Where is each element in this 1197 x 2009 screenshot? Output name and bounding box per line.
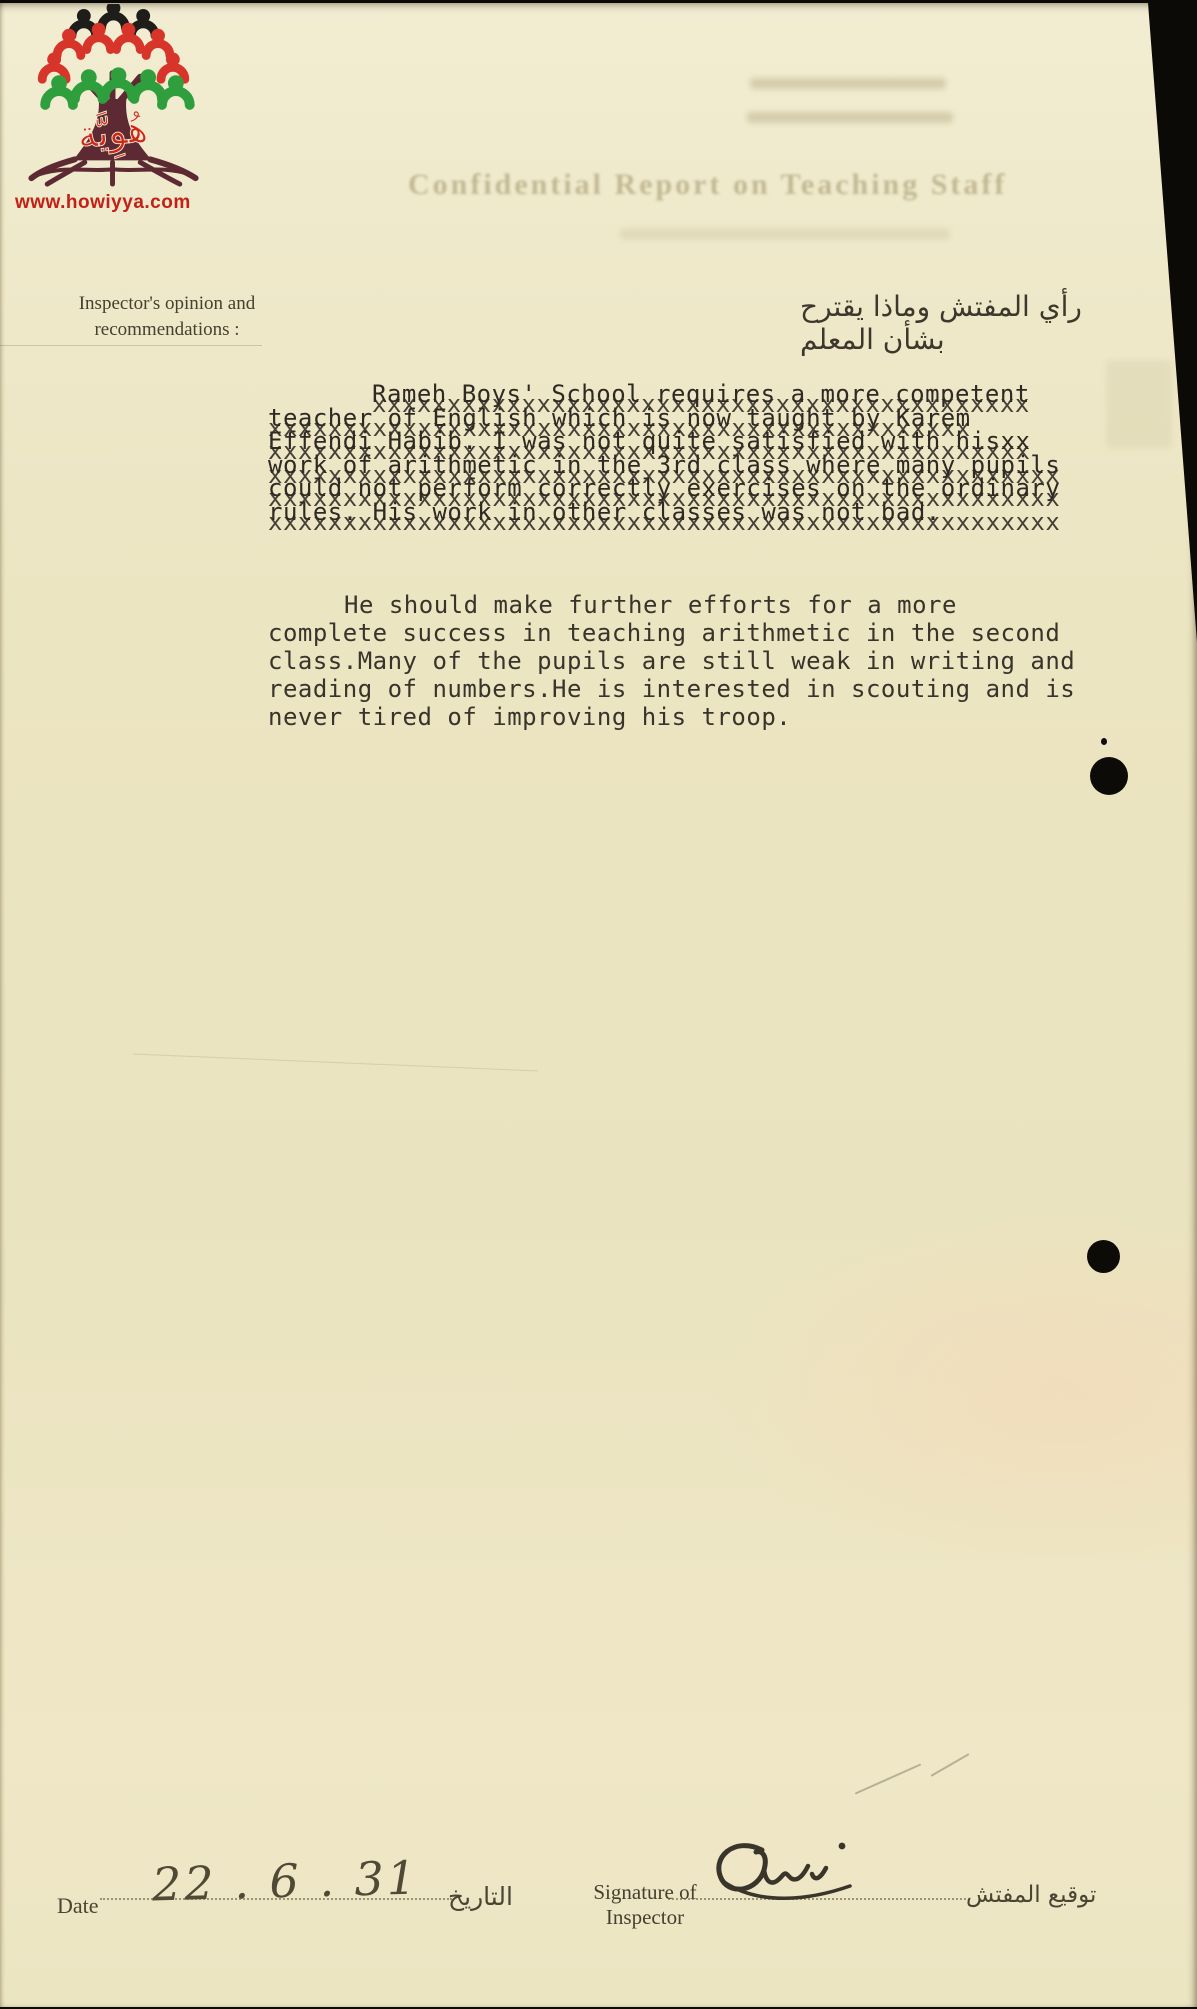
- ghost-smudge: [1106, 360, 1172, 448]
- typewriter-text: reading of numbers.He is interested in s…: [268, 675, 1075, 703]
- site-url: www.howiyya.com: [15, 192, 191, 214]
- arabic-heading: رأي المفتش وماذا يقترح بشأن المعلم: [800, 290, 1145, 356]
- opinion-label-line1: Inspector's opinion and: [58, 291, 276, 317]
- paper-crease: [0, 345, 262, 346]
- signature-label-line1: Signature of: [585, 1880, 705, 1905]
- inspector-signature: [700, 1834, 940, 1926]
- strikethrough-x-row: xxxxxxxxxxxxxxxxxxxxxxxxxxxxxxxxxxxxxxxx…: [268, 508, 1060, 536]
- inspector-opinion-label: Inspector's opinion and recommendations …: [58, 291, 276, 343]
- typewriter-text: never tired of improving his troop.: [268, 703, 791, 731]
- ghost-bleedthrough-title: Confidential Report on Teaching Staff: [408, 168, 1048, 202]
- signature-label-arabic: توقيع المفتش: [966, 1882, 1096, 1908]
- signature-label: Signature of Inspector: [585, 1880, 705, 1930]
- ghost-smudge: [620, 228, 950, 240]
- handwritten-date: 22 . 6 . 31: [151, 1851, 419, 1912]
- typewriter-text: class.Many of the pupils are still weak …: [268, 647, 1075, 675]
- signature-label-line2: Inspector: [585, 1905, 705, 1930]
- punch-hole: [1087, 1240, 1120, 1273]
- scanned-document: Confidential Report on Teaching Staff: [0, 0, 1197, 2009]
- ghost-smudge: [750, 78, 946, 89]
- punch-hole: [1090, 757, 1128, 795]
- date-label: Date: [57, 1893, 99, 1919]
- howiyya-logo-tree-icon: هُوِيَّة: [26, 4, 202, 192]
- typewriter-text: complete success in teaching arithmetic …: [268, 619, 1060, 647]
- ghost-smudge: [747, 112, 953, 123]
- ink-speck: [1101, 738, 1107, 745]
- typewriter-text: He should make further efforts for a mor…: [344, 591, 957, 619]
- opinion-label-line2: recommendations :: [58, 317, 276, 343]
- date-label-arabic: التاريخ: [448, 1882, 513, 1911]
